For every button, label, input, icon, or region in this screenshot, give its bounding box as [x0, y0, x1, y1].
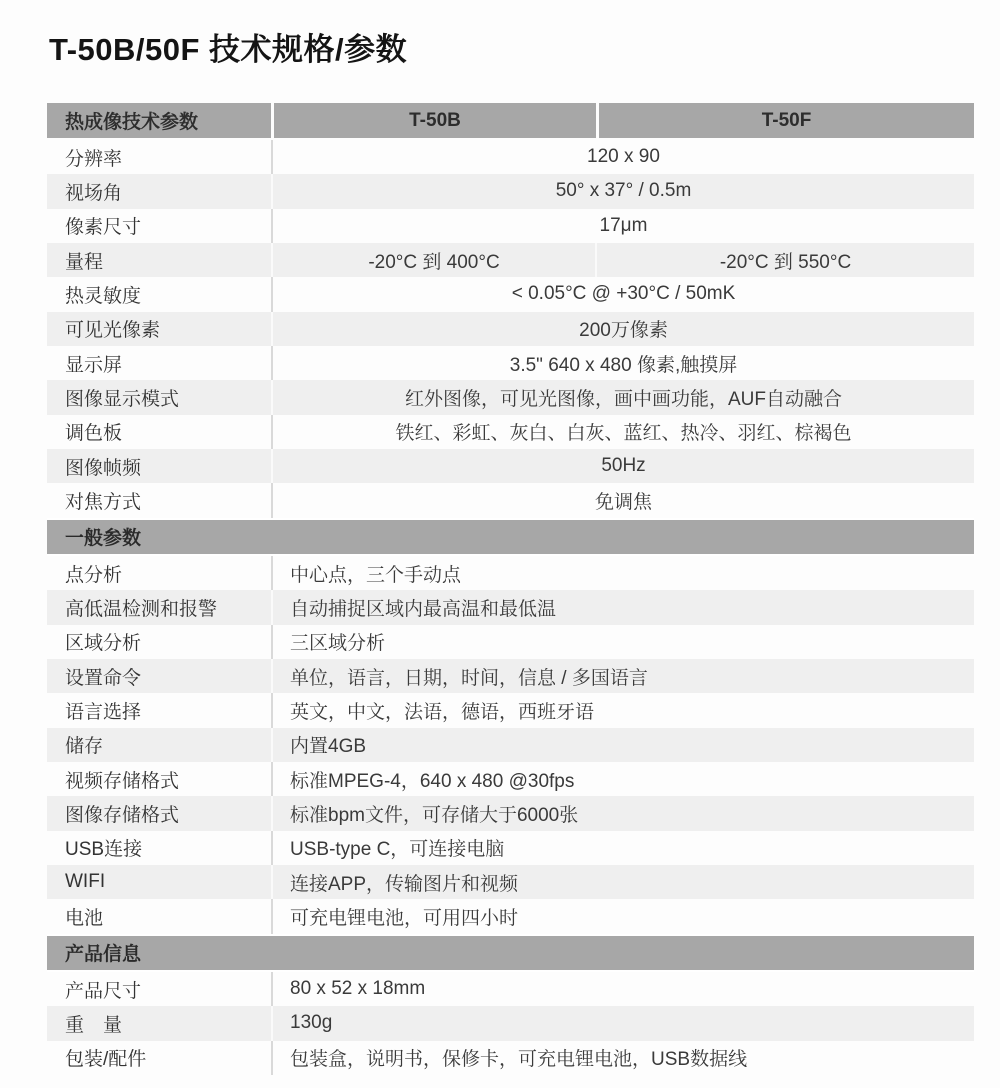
param-label: 调色板 [47, 415, 273, 449]
param-label: 可见光像素 [47, 312, 273, 346]
param-label: 分辨率 [47, 140, 273, 174]
param-label: 语言选择 [47, 693, 273, 727]
param-value: 中心点，三个手动点 [273, 556, 974, 590]
param-value: 单位，语言，日期，时间，信息 / 多国语言 [273, 659, 974, 693]
param-value: 英文，中文，法语，德语，西班牙语 [273, 693, 974, 727]
param-value: 免调焦 [273, 483, 974, 517]
spec-row-split: 量程 -20°C 到 400°C -20°C 到 550°C [47, 243, 974, 277]
param-label: WIFI [47, 865, 273, 899]
param-value: 铁红、彩虹、灰白、白灰、蓝红、热冷、羽红、棕褐色 [273, 415, 974, 449]
param-value: 200万像素 [273, 312, 974, 346]
spec-row: 电池 可充电锂电池，可用四小时 [47, 899, 974, 933]
param-label: 对焦方式 [47, 483, 273, 517]
param-label: 产品尺寸 [47, 972, 273, 1006]
spec-row: 高低温检测和报警 自动捕捉区域内最高温和最低温 [47, 590, 974, 624]
param-value: 130g [273, 1006, 974, 1040]
param-label: 设置命令 [47, 659, 273, 693]
spec-row: 图像存储格式 标准bpm文件，可存储大于6000张 [47, 796, 974, 830]
param-value: 80 x 52 x 18mm [273, 972, 974, 1006]
spec-row: 图像显示模式 红外图像，可见光图像，画中画功能，AUF自动融合 [47, 380, 974, 414]
column-header-param: 热成像技术参数 [47, 103, 271, 138]
param-value: 可充电锂电池，可用四小时 [273, 899, 974, 933]
param-label: 视场角 [47, 174, 273, 208]
param-value: USB-type C，可连接电脑 [273, 831, 974, 865]
param-label: 重 量 [47, 1006, 273, 1040]
param-value-t50b: -20°C 到 400°C [273, 243, 597, 277]
section-header: 一般参数 [47, 518, 974, 556]
param-value: 包装盒，说明书，保修卡，可充电锂电池，USB数据线 [273, 1041, 974, 1075]
param-value: 三区域分析 [273, 625, 974, 659]
param-value: 标准bpm文件，可存储大于6000张 [273, 796, 974, 830]
param-value-t50f: -20°C 到 550°C [597, 243, 974, 277]
spec-row: 点分析 中心点，三个手动点 [47, 556, 974, 590]
spec-row: 设置命令 单位，语言，日期，时间，信息 / 多国语言 [47, 659, 974, 693]
spec-row: 热灵敏度 < 0.05°C @ +30°C / 50mK [47, 277, 974, 311]
param-label: 图像存储格式 [47, 796, 273, 830]
param-value: < 0.05°C @ +30°C / 50mK [273, 277, 974, 311]
spec-row: 图像帧频 50Hz [47, 449, 974, 483]
param-label: 点分析 [47, 556, 273, 590]
param-value: 连接APP，传输图片和视频 [273, 865, 974, 899]
column-header-model-t50b: T-50B [274, 103, 596, 138]
section-header: 产品信息 [47, 934, 974, 972]
param-label: USB连接 [47, 831, 273, 865]
spec-row: 重 量 130g [47, 1006, 974, 1040]
spec-row: 对焦方式 免调焦 [47, 483, 974, 517]
spec-sheet-page: T-50B/50F 技术规格/参数 热成像技术参数 T-50B T-50F 分辨… [0, 0, 1000, 1088]
spec-row: 包装/配件 包装盒，说明书，保修卡，可充电锂电池，USB数据线 [47, 1041, 974, 1075]
param-label: 区域分析 [47, 625, 273, 659]
spec-row: 语言选择 英文，中文，法语，德语，西班牙语 [47, 693, 974, 727]
spec-row: 区域分析 三区域分析 [47, 625, 974, 659]
section-header-label: 一般参数 [65, 523, 141, 550]
column-header-model-t50f: T-50F [599, 103, 974, 138]
table-header-row: 热成像技术参数 T-50B T-50F [47, 103, 974, 138]
spec-row: 像素尺寸 17μm [47, 209, 974, 243]
section-header-label: 产品信息 [65, 939, 141, 966]
spec-table-body: 分辨率 120 x 90 视场角 50° x 37° / 0.5m 像素尺寸 1… [47, 140, 974, 1075]
spec-row: 产品尺寸 80 x 52 x 18mm [47, 972, 974, 1006]
param-label: 视频存储格式 [47, 762, 273, 796]
param-value: 红外图像，可见光图像，画中画功能，AUF自动融合 [273, 380, 974, 414]
param-label: 显示屏 [47, 346, 273, 380]
spec-row: 视频存储格式 标准MPEG-4，640 x 480 @30fps [47, 762, 974, 796]
param-label: 量程 [47, 243, 273, 277]
spec-row: 调色板 铁红、彩虹、灰白、白灰、蓝红、热冷、羽红、棕褐色 [47, 415, 974, 449]
param-value: 内置4GB [273, 728, 974, 762]
spec-table: 热成像技术参数 T-50B T-50F 分辨率 120 x 90 视场角 50°… [47, 103, 974, 1075]
param-value: 120 x 90 [273, 140, 974, 174]
spec-row: 可见光像素 200万像素 [47, 312, 974, 346]
spec-row: USB连接 USB-type C，可连接电脑 [47, 831, 974, 865]
page-title: T-50B/50F 技术规格/参数 [49, 24, 407, 69]
param-value: 17μm [273, 209, 974, 243]
param-value: 50° x 37° / 0.5m [273, 174, 974, 208]
param-label: 储存 [47, 728, 273, 762]
param-value: 3.5" 640 x 480 像素,触摸屏 [273, 346, 974, 380]
param-label: 热灵敏度 [47, 277, 273, 311]
param-label: 图像显示模式 [47, 380, 273, 414]
param-value: 50Hz [273, 449, 974, 483]
spec-row: 分辨率 120 x 90 [47, 140, 974, 174]
param-label: 图像帧频 [47, 449, 273, 483]
param-value: 标准MPEG-4，640 x 480 @30fps [273, 762, 974, 796]
param-label: 像素尺寸 [47, 209, 273, 243]
spec-row: WIFI 连接APP，传输图片和视频 [47, 865, 974, 899]
param-label: 包装/配件 [47, 1041, 273, 1075]
param-label: 电池 [47, 899, 273, 933]
spec-row: 显示屏 3.5" 640 x 480 像素,触摸屏 [47, 346, 974, 380]
param-label: 高低温检测和报警 [47, 590, 273, 624]
param-value: 自动捕捉区域内最高温和最低温 [273, 590, 974, 624]
spec-row: 视场角 50° x 37° / 0.5m [47, 174, 974, 208]
spec-row: 储存 内置4GB [47, 728, 974, 762]
